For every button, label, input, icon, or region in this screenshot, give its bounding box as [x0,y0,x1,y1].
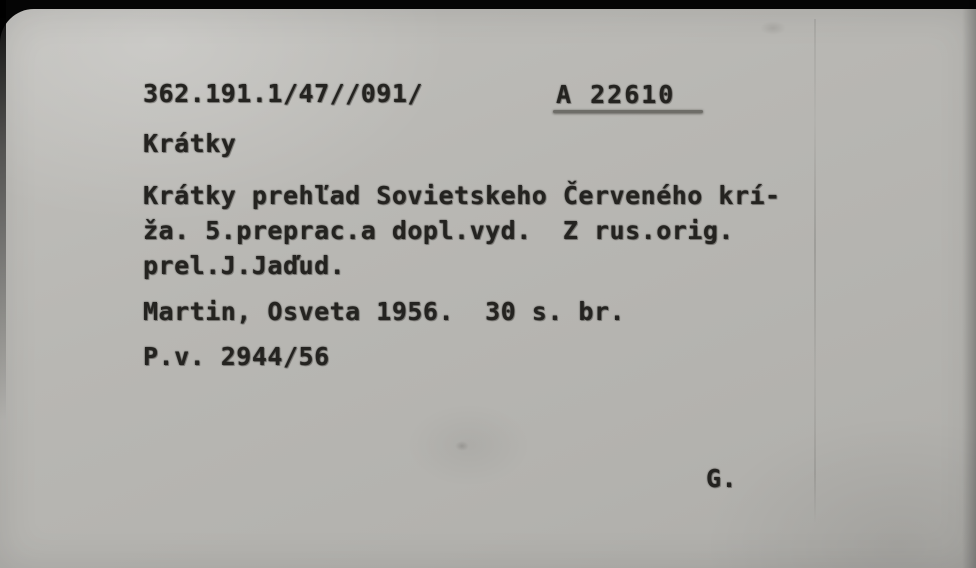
author-heading: Krátky [143,129,236,159]
card-smudge [455,441,469,451]
record-number: P.v. 2944/56 [143,342,330,372]
scanned-catalog-card: 362.191.1/47//091/ A 22610 Krátky Krátky… [0,0,976,568]
title-line: prel.J.Jaďud. [143,251,345,281]
imprint-line: Martin, Osveta 1956. 30 s. br. [143,297,625,327]
scan-edge-left [0,0,6,420]
scan-edge-right [962,0,976,568]
card-crease [814,19,816,524]
title-line: ža. 5.preprac.a dopl.vyd. Z rus.orig. [143,216,734,246]
catalog-card: 362.191.1/47//091/ A 22610 Krátky Krátky… [0,9,976,568]
accession-underline [553,110,703,113]
accession-number: A 22610 [556,80,675,110]
card-smudge [760,21,786,35]
call-number: 362.191.1/47//091/ [143,79,423,109]
cataloguer-initial: G. [706,464,737,494]
title-line: Krátky prehľad Sovietskeho Červeného krí… [143,181,781,211]
